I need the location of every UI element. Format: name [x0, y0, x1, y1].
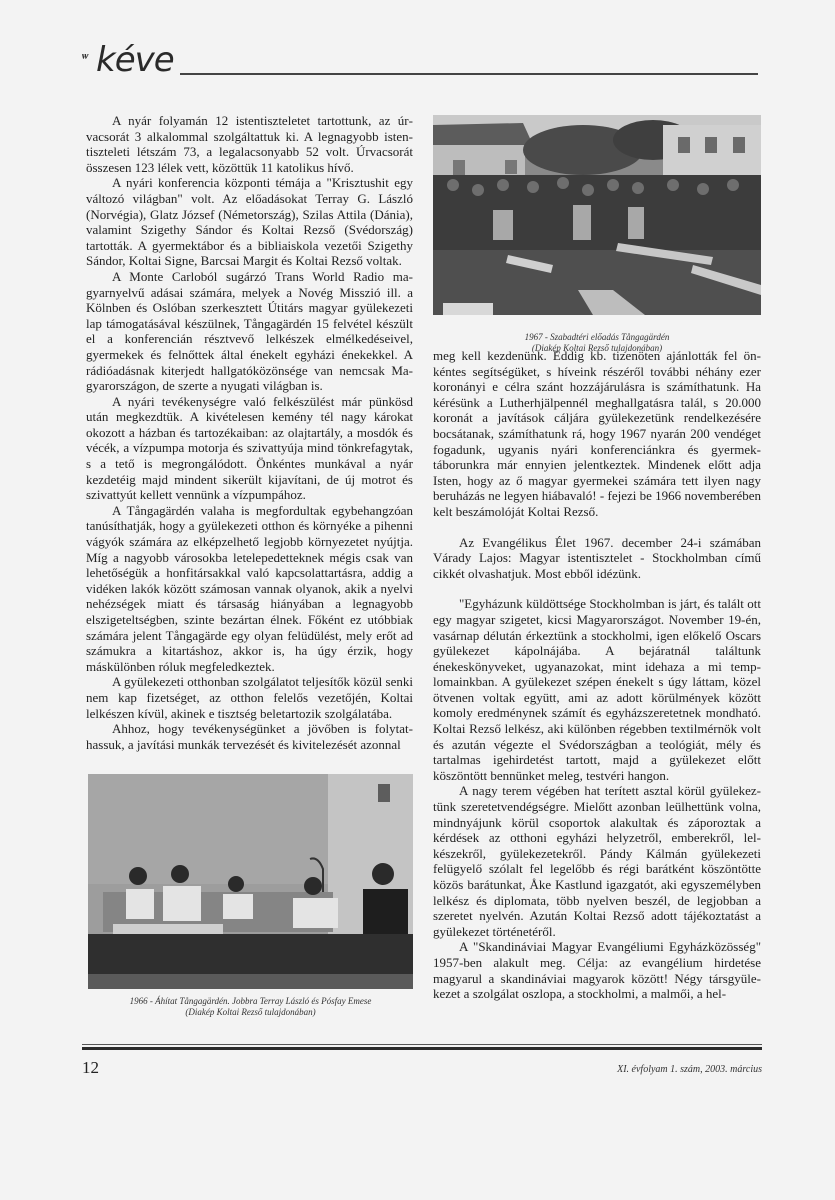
paragraph: A Tångagärdén valaha is megfordultak egy… — [86, 503, 413, 675]
caption-title: 1966 - Áhítat Tångagärdén. Jobbra Terray… — [88, 996, 413, 1007]
caption-title: 1967 - Szabadtéri előadás Tångagärdén — [433, 332, 761, 343]
photo-devotion — [88, 774, 413, 989]
right-column: meg kell kezdenünk. Eddig kb. tizenöten … — [433, 348, 761, 1002]
photo-outdoor-lecture-image — [433, 115, 761, 315]
photo-caption-bottom: 1966 - Áhítat Tångagärdén. Jobbra Terray… — [88, 996, 413, 1018]
paragraph: A "Skandináviai Magyar Evangéliumi Egyhá… — [433, 939, 761, 1001]
logo-mark: ѡ — [82, 50, 87, 62]
caption-credit: (Diakép Koltai Rezső tulajdonában) — [88, 1007, 413, 1018]
paragraph: A Monte Carloból sugárzó Trans World Rad… — [86, 269, 413, 394]
page-header: ѡ kéve — [82, 46, 762, 86]
paragraph: A gyülekezeti otthonban szolgálatot telj… — [86, 674, 413, 721]
photo-devotion-image — [88, 774, 413, 989]
photo-outdoor-lecture — [433, 115, 761, 315]
paragraph: A nyár folyamán 12 istentiszteletet tart… — [86, 113, 413, 175]
magazine-page: ѡ kéve A nyár folyamán 12 istentisztelet… — [0, 0, 835, 1200]
paragraph: A nyári konferencia központi témája a "K… — [86, 175, 413, 269]
paragraph-text: Az Evangélikus Élet 1967. december 24-i … — [433, 535, 761, 581]
paragraph: A nyári tevékenységre való felkészülést … — [86, 394, 413, 503]
left-column: A nyár folyamán 12 istentiszteletet tart… — [86, 113, 413, 752]
footer-divider-thick — [82, 1047, 762, 1050]
paragraph: A nagy terem végében hat terített asztal… — [433, 783, 761, 939]
paragraph: meg kell kezdenünk. Eddig kb. tizenöten … — [433, 348, 761, 520]
paragraph: Ahhoz, hogy tevékenységünket a jövőben i… — [86, 721, 413, 752]
header-divider — [180, 73, 758, 75]
footer-divider-thin — [82, 1044, 762, 1045]
magazine-logo: kéve — [96, 40, 174, 80]
quote-paragraph: "Egyházunk küldöttsége Stockholmban is j… — [433, 596, 761, 783]
paragraph: Az Evangélikus Élet 1967. december 24-i … — [433, 535, 761, 582]
issue-info: XI. évfolyam 1. szám, 2003. március — [617, 1064, 762, 1075]
page-number: 12 — [82, 1058, 99, 1078]
